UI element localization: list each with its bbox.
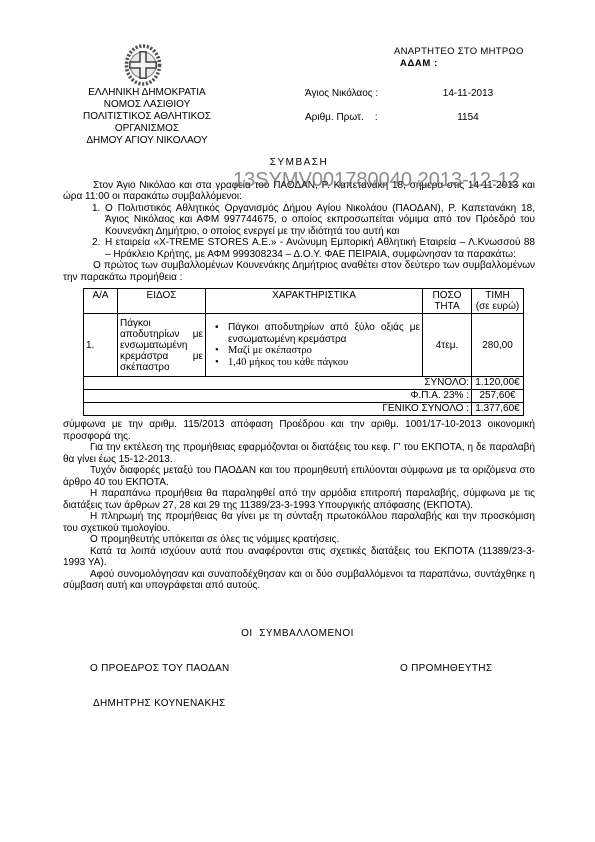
subtotal-label: ΣΥΝΟΛΟ: [84, 377, 472, 390]
cell-row-number: 1. [84, 314, 118, 377]
price-header-line1: ΤΙΜΗ [474, 290, 521, 301]
cell-item-description: Πάγκοι αποδυτηρίων με ενσωματωμένη κρεμά… [118, 314, 206, 377]
authority-line: ΟΡΓΑΝΙΣΜΟΣ [72, 123, 222, 135]
signature-name-president: ΔΗΜΗΤΡΗΣ ΚΟΥΝΕΝΑΚΗΣ [93, 698, 225, 710]
column-header-specs: ΧΑΡΑΚΤΗΡΙΣΤΙΚΑ [206, 289, 423, 314]
contract-document-page: ΑΝΑΡΤΗΤΕΟ ΣΤΟ ΜΗΤΡΩΟ ΑΔΑΜ : 13SYMV001780… [0, 0, 595, 842]
signatories-heading: ΟΙ ΣΥΜΒΑΛΛΟΜΕΝΟΙ [0, 628, 595, 640]
terms-paragraph: Κατά τα λοιπά ισχύουν αυτά που αναφέροντ… [63, 546, 535, 569]
assignment-paragraph: Ο πρώτος των συμβαλλομένων Κουνενάκης Δη… [63, 260, 535, 283]
spec-bullet: Πάγκοι αποδυτηρίων από ξύλο οξιάς με ενσ… [208, 322, 420, 345]
party-text: Ο Πολιτιστικός Αθλητικός Οργανισμός Δήμο… [105, 203, 535, 237]
grand-total-label: ΓΕΝΙΚΟ ΣΥΝΟΛΟ : [84, 403, 472, 416]
price-header-line2: (σε ευρώ) [474, 301, 521, 312]
subtotal-row: ΣΥΝΟΛΟ: 1.120,00€ [84, 377, 524, 390]
cell-specifications: Πάγκοι αποδυτηρίων από ξύλο οξιάς με ενσ… [206, 314, 423, 377]
authority-line: ΕΛΛΗΝΙΚΗ ΔΗΜΟΚΡΑΤΙΑ [72, 87, 222, 99]
document-title: ΣΥΜΒΑΣΗ [63, 157, 535, 169]
terms-paragraph: Τυχόν διαφορές μεταξύ του ΠΑΟΔΑΝ και του… [63, 465, 535, 488]
party-item-2: 2. Η εταιρεία «X-TREME STORES Α.Ε.» - Αν… [63, 237, 535, 260]
grand-total-row: ΓΕΝΙΚΟ ΣΥΝΟΛΟ : 1.377,60€ [84, 403, 524, 416]
terms-paragraph: σύμφωνα με την αριθμ. 115/2013 απόφαση Π… [63, 419, 535, 442]
supply-items-table: Α/Α ΕΙΔΟΣ ΧΑΡΑΚΤΗΡΙΣΤΙΚΑ ΠΟΣΟ ΤΗΤΑ ΤΙΜΗ … [83, 288, 524, 416]
document-body: ΣΥΜΒΑΣΗ Στον Άγιο Νικόλαο και στα γραφεί… [63, 157, 535, 592]
terms-paragraphs: σύμφωνα με την αριθμ. 115/2013 απόφαση Π… [63, 419, 535, 592]
authority-line: ΔΗΜΟΥ ΑΓΙΟΥ ΝΙΚΟΛΑΟΥ [72, 135, 222, 147]
spec-bullet: 1,40 μήκος του κάθε πάγκου [208, 357, 420, 369]
quantity-header-line2: ΤΗΤΑ [425, 301, 469, 312]
party-text: Η εταιρεία «X-TREME STORES Α.Ε.» - Ανώνυ… [105, 237, 535, 260]
vat-row: Φ.Π.Α. 23% : 257,60€ [84, 390, 524, 403]
table-row: 1. Πάγκοι αποδυτηρίων με ενσωματωμένη κρ… [84, 314, 524, 377]
terms-paragraph: Για την εκτέλεση της προμήθειας εφαρμόζο… [63, 442, 535, 465]
terms-paragraph: Η πληρωμή της προμήθειας θα γίνει με τη … [63, 511, 535, 534]
terms-paragraph: Αφού συνομολόγησαν και συναποδέχθησαν κα… [63, 569, 535, 592]
issuing-authority-block: ΕΛΛΗΝΙΚΗ ΔΗΜΟΚΡΑΤΙΑ ΝΟΜΟΣ ΛΑΣΙΘΙΟΥ ΠΟΛΙΤ… [72, 87, 222, 147]
column-header-no: Α/Α [84, 289, 118, 314]
cell-quantity: 4τεμ. [423, 314, 472, 377]
protocol-number-label: Αριθμ. Πρωτ. : [305, 112, 378, 124]
authority-line: ΠΟΛΙΤΙΣΤΙΚΟΣ ΑΘΛΗΤΙΚΟΣ [72, 111, 222, 123]
place-date-label: Άγιος Νικόλαος : [305, 88, 378, 100]
party-item-1: 1. Ο Πολιτιστικός Αθλητικός Οργανισμός Δ… [63, 203, 535, 238]
date-value: 14-11-2013 [428, 88, 508, 100]
signature-role-president: Ο ΠΡΟΕΔΡΟΣ ΤΟΥ ΠΑΟΔΑΝ [90, 663, 230, 675]
vat-value: 257,60€ [472, 390, 524, 403]
protocol-number-value: 1154 [428, 112, 508, 124]
table-header-row: Α/Α ΕΙΔΟΣ ΧΑΡΑΚΤΗΡΙΣΤΙΚΑ ΠΟΣΟ ΤΗΤΑ ΤΙΜΗ … [84, 289, 524, 314]
terms-paragraph: Ο προμηθευτής υπόκειται σε όλες τις νόμι… [63, 534, 535, 546]
vat-label: Φ.Π.Α. 23% : [84, 390, 472, 403]
signature-role-supplier: Ο ΠΡΟΜΗΘΕΥΤΗΣ [400, 663, 492, 675]
adam-label: ΑΔΑΜ : [400, 58, 438, 70]
grand-total-value: 1.377,60€ [472, 403, 524, 416]
spec-bullet: Μαζί με σκέπαστρο [208, 345, 420, 357]
column-header-price: ΤΙΜΗ (σε ευρώ) [472, 289, 524, 314]
intro-paragraph: Στον Άγιο Νικόλαο και στα γραφεία του ΠΑ… [63, 180, 535, 203]
publish-note: ΑΝΑΡΤΗΤΕΟ ΣΤΟ ΜΗΤΡΩΟ [394, 46, 524, 58]
authority-line: ΝΟΜΟΣ ΛΑΣΙΘΙΟΥ [72, 99, 222, 111]
party-number: 2. [92, 237, 100, 249]
terms-paragraph: Η παραπάνω προμήθεια θα παραληφθεί από τ… [63, 488, 535, 511]
column-header-quantity: ΠΟΣΟ ΤΗΤΑ [423, 289, 472, 314]
column-header-item: ΕΙΔΟΣ [118, 289, 206, 314]
subtotal-value: 1.120,00€ [472, 377, 524, 390]
party-number: 1. [92, 203, 100, 215]
cell-unit-price: 280,00 [472, 314, 524, 377]
quantity-header-line1: ΠΟΣΟ [425, 290, 469, 301]
greek-coat-of-arms-icon [124, 44, 162, 86]
